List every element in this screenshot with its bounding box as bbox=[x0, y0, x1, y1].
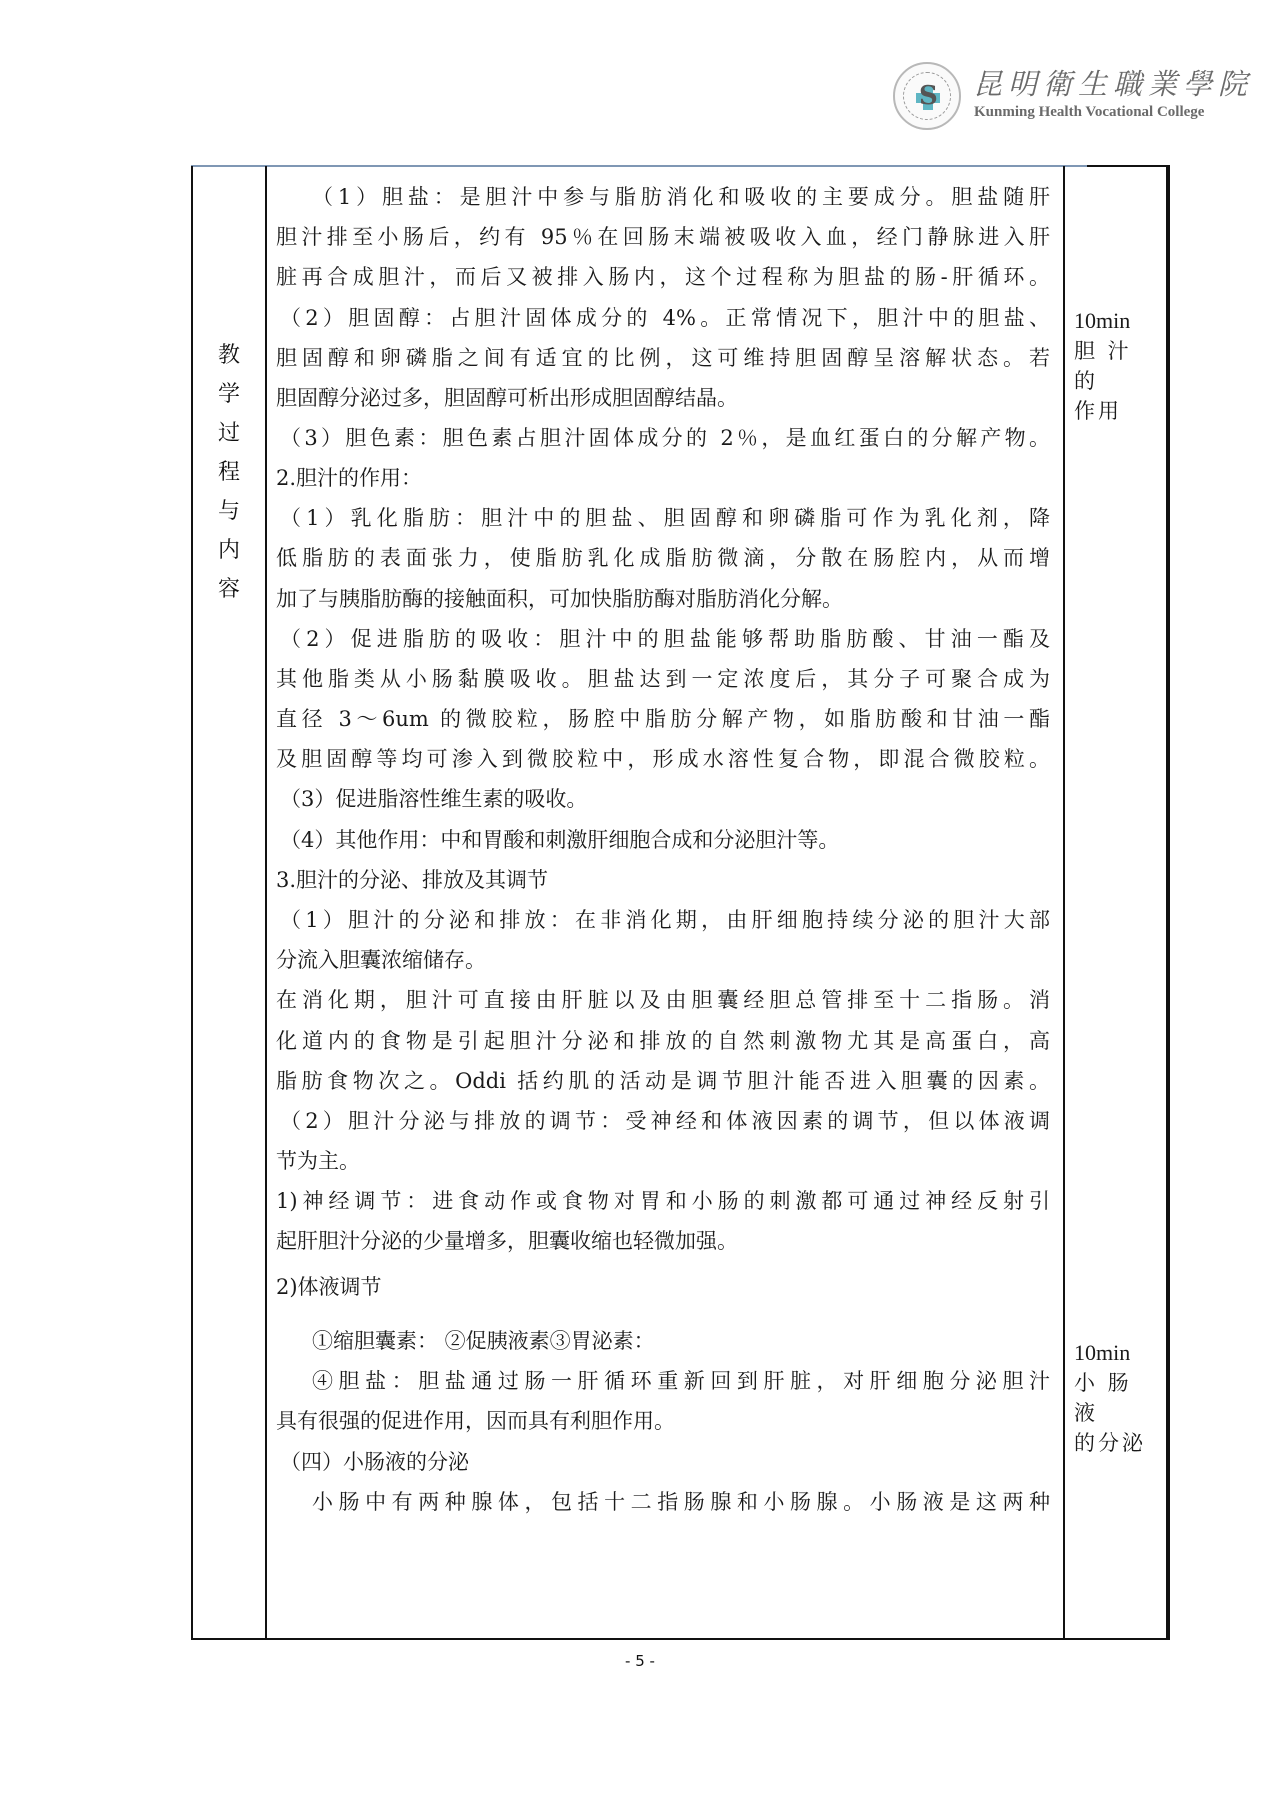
text-line: （2）胆固醇：占胆汁固体成分的 4%。正常情况下，胆汁中的胆盐、 bbox=[280, 303, 1050, 333]
section-label-char: 教 bbox=[193, 336, 265, 375]
text-line: （4）其他作用：中和胃酸和刺激肝细胞合成和分泌胆汁等。 bbox=[280, 825, 839, 855]
note-minutes: 10min bbox=[1074, 1338, 1160, 1368]
text-line: 节为主。 bbox=[276, 1146, 360, 1176]
text-line: 胆汁排至小肠后，约有 95％在回肠末端被吸收入血，经门静脉进入肝 bbox=[276, 222, 1050, 252]
text-line: 胆固醇分泌过多，胆固醇可析出形成胆固醇结晶。 bbox=[276, 383, 738, 413]
note-title: 作用 bbox=[1074, 396, 1160, 426]
section-label: 教 学 过 程 与 内 容 bbox=[193, 336, 265, 609]
text-line: 分流入胆囊浓缩储存。 bbox=[276, 945, 486, 975]
college-logo: S 昆明衛生職業學院 Kunming Health Vocational Col… bbox=[893, 62, 1223, 132]
text-line: 1)神经调节：进食动作或食物对胃和小肠的刺激都可通过神经反射引 bbox=[276, 1186, 1050, 1216]
section-label-char: 容 bbox=[193, 570, 265, 609]
college-name-en: Kunming Health Vocational College bbox=[974, 104, 1204, 121]
column-divider bbox=[1063, 166, 1065, 1638]
section-label-char: 内 bbox=[193, 531, 265, 570]
lesson-table: 教 学 过 程 与 内 容 （1）胆盐：是胆汁中参与脂肪消化和吸收的主要成分。胆… bbox=[191, 166, 1170, 1640]
section-label-char: 学 bbox=[193, 375, 265, 414]
note-title: 小 肠 液 bbox=[1074, 1368, 1160, 1428]
text-line: 脂肪食物次之。Oddi 括约肌的活动是调节胆汁能否进入胆囊的因素。 bbox=[276, 1066, 1050, 1096]
text-line: （1）胆盐：是胆汁中参与脂肪消化和吸收的主要成分。胆盐随肝 bbox=[312, 182, 1050, 212]
note-title: 的分泌 bbox=[1074, 1428, 1160, 1458]
text-line: 脏再合成胆汁，而后又被排入肠内，这个过程称为胆盐的肠-肝循环。 bbox=[276, 262, 1050, 292]
text-line: （3）促进脂溶性维生素的吸收。 bbox=[280, 784, 587, 814]
section-label-char: 与 bbox=[193, 492, 265, 531]
text-line: （2）促进脂肪的吸收：胆汁中的胆盐能够帮助脂肪酸、甘油一酯及 bbox=[280, 624, 1050, 654]
text-line: 3.胆汁的分泌、排放及其调节 bbox=[276, 865, 548, 895]
text-line: 起肝胆汁分泌的少量增多，胆囊收缩也轻微加强。 bbox=[276, 1226, 738, 1256]
text-line: （3）胆色素：胆色素占胆汁固体成分的 2％，是血红蛋白的分解产物。 bbox=[280, 423, 1050, 453]
text-line: 直径 3～6um 的微胶粒，肠腔中脂肪分解产物，如脂肪酸和甘油一酯 bbox=[276, 704, 1050, 734]
text-line: 具有很强的促进作用，因而具有利胆作用。 bbox=[276, 1406, 675, 1436]
text-line: 低脂肪的表面张力，使脂肪乳化成脂肪微滴，分散在肠腔内，从而增 bbox=[276, 543, 1050, 573]
note-title: 胆 汁 的 bbox=[1074, 336, 1160, 396]
text-line: 化道内的食物是引起胆汁分泌和排放的自然刺激物尤其是高蛋白，高 bbox=[276, 1026, 1050, 1056]
text-line: 及胆固醇等均可渗入到微胶粒中，形成水溶性复合物，即混合微胶粒。 bbox=[276, 744, 1050, 774]
page-number: - 5 - bbox=[600, 1652, 680, 1670]
text-line: 2)体液调节 bbox=[276, 1272, 382, 1302]
text-line: 胆固醇和卵磷脂之间有适宜的比例，这可维持胆固醇呈溶解状态。若 bbox=[276, 343, 1050, 373]
column-divider bbox=[265, 166, 267, 1638]
text-line: 2.胆汁的作用： bbox=[276, 463, 422, 493]
section-label-char: 程 bbox=[193, 453, 265, 492]
text-line: （1）胆汁的分泌和排放：在非消化期，由肝细胞持续分泌的胆汁大部 bbox=[280, 905, 1050, 935]
text-line: 小肠中有两种腺体，包括十二指肠腺和小肠腺。小肠液是这两种 bbox=[312, 1487, 1050, 1517]
college-name-cn: 昆明衛生職業學院 bbox=[973, 62, 1253, 103]
note-minutes: 10min bbox=[1074, 306, 1160, 336]
text-line: 在消化期，胆汁可直接由肝脏以及由胆囊经胆总管排至十二指肠。消 bbox=[276, 985, 1050, 1015]
text-line: ④胆盐：胆盐通过肠一肝循环重新回到肝脏，对肝细胞分泌胆汁 bbox=[312, 1366, 1050, 1396]
section-label-char: 过 bbox=[193, 414, 265, 453]
text-line: （1）乳化脂肪：胆汁中的胆盐、胆固醇和卵磷脂可作为乳化剂，降 bbox=[280, 503, 1050, 533]
text-line: （2）胆汁分泌与排放的调节：受神经和体液因素的调节，但以体液调 bbox=[280, 1106, 1050, 1136]
text-line: 加了与胰脂肪酶的接触面积，可加快脂肪酶对脂肪消化分解。 bbox=[276, 584, 843, 614]
text-line: ①缩胆囊素： ②促胰液素③胃泌素： bbox=[312, 1326, 655, 1356]
time-note: 10min 小 肠 液 的分泌 bbox=[1074, 1338, 1160, 1458]
text-line: 其他脂类从小肠黏膜吸收。胆盐达到一定浓度后，其分子可聚合成为 bbox=[276, 664, 1050, 694]
college-seal-icon: S bbox=[893, 62, 961, 130]
text-line: （四）小肠液的分泌 bbox=[280, 1447, 469, 1477]
time-note: 10min 胆 汁 的 作用 bbox=[1074, 306, 1160, 426]
